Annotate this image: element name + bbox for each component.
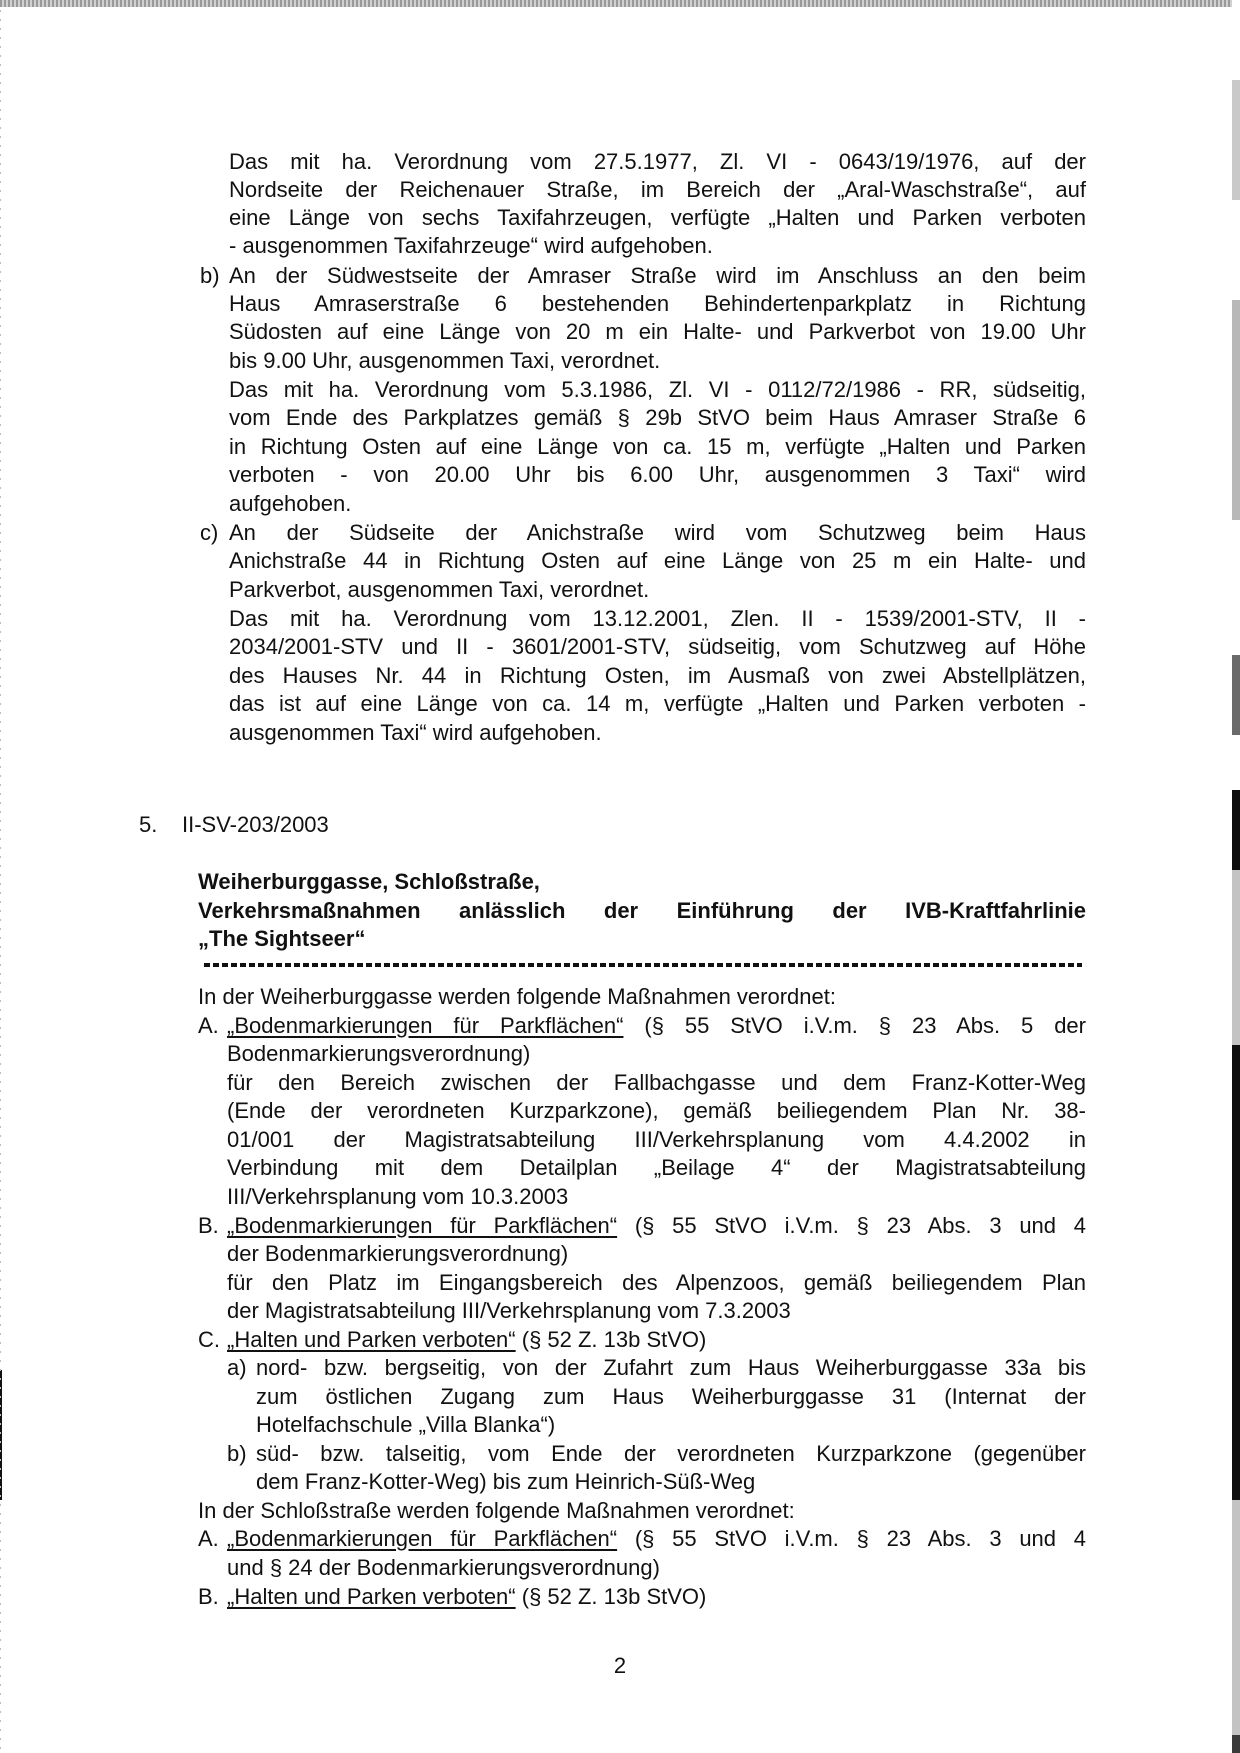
measure-legal-ref: (§ 52 Z. 13b StVO) bbox=[516, 1327, 707, 1352]
list-marker: B. bbox=[198, 1212, 219, 1240]
text-line: eine Länge von sechs Taxifahrzeugen, ver… bbox=[229, 204, 1086, 232]
text-line: und § 24 der Bodenmarkierungsverordnung) bbox=[227, 1554, 660, 1582]
measure-legal-ref: (§ 55 StVO i.V.m. § 23 Abs. 3 und 4 bbox=[617, 1526, 1086, 1551]
text-line: „Halten und Parken verboten“ (§ 52 Z. 13… bbox=[227, 1326, 706, 1354]
section-title-line: „The Sightseer“ bbox=[198, 925, 365, 953]
scan-edge-top bbox=[0, 0, 1240, 7]
text-line: „Bodenmarkierungen für Parkflächen“ (§ 5… bbox=[227, 1212, 1086, 1240]
text-line: III/Verkehrsplanung vom 10.3.2003 bbox=[227, 1183, 568, 1211]
text-line: Das mit ha. Verordnung vom 5.3.1986, Zl.… bbox=[229, 376, 1086, 404]
section-number: 5. bbox=[139, 811, 157, 839]
measure-title: „Halten und Parken verboten“ bbox=[227, 1584, 516, 1609]
text-line: „Bodenmarkierungen für Parkflächen“ (§ 5… bbox=[227, 1525, 1086, 1553]
text-line: der Magistratsabteilung III/Verkehrsplan… bbox=[227, 1297, 791, 1325]
text-line: ausgenommen Taxi“ wird aufgehoben. bbox=[229, 719, 602, 747]
section-title-line: Verkehrsmaßnahmen anlässlich der Einführ… bbox=[198, 897, 1086, 925]
text-line: zum östlichen Zugang zum Haus Weiherburg… bbox=[256, 1383, 1086, 1411]
measure-title: „Bodenmarkierungen für Parkflächen“ bbox=[227, 1013, 623, 1038]
text-line: Bodenmarkierungsverordnung) bbox=[227, 1040, 530, 1068]
text-line: An der Südseite der Anichstraße wird vom… bbox=[229, 519, 1086, 547]
list-marker: B. bbox=[198, 1583, 219, 1611]
text-line: 2034/2001-STV und II - 3601/2001-STV, sü… bbox=[229, 633, 1086, 661]
text-line: Das mit ha. Verordnung vom 13.12.2001, Z… bbox=[229, 605, 1086, 633]
scan-edge-left-dots bbox=[0, 10, 1, 1750]
text-line: süd- bzw. talseitig, vom Ende der verord… bbox=[256, 1440, 1086, 1468]
page-number: 2 bbox=[0, 1652, 1240, 1680]
scan-edge-right bbox=[1232, 0, 1240, 1753]
text-line: vom Ende des Parkplatzes gemäß § 29b StV… bbox=[229, 404, 1086, 432]
measure-title: „Bodenmarkierungen für Parkflächen“ bbox=[227, 1213, 617, 1238]
text-line: „Halten und Parken verboten“ (§ 52 Z. 13… bbox=[227, 1583, 706, 1611]
weiherburggasse-intro: In der Weiherburggasse werden folgende M… bbox=[198, 983, 836, 1011]
list-marker: b) bbox=[227, 1440, 247, 1468]
list-marker: c) bbox=[200, 519, 218, 547]
text-line: Südosten auf eine Länge von 20 m ein Hal… bbox=[229, 318, 1086, 346]
text-line: Hotelfachschule „Villa Blanka“) bbox=[256, 1411, 555, 1439]
dashed-separator bbox=[204, 963, 1082, 967]
text-line: 01/001 der Magistratsabteilung III/Verke… bbox=[227, 1126, 1086, 1154]
schlossstrasse-intro: In der Schloßstraße werden folgende Maßn… bbox=[198, 1497, 795, 1525]
text-line: in Richtung Osten auf eine Länge von ca.… bbox=[229, 433, 1086, 461]
list-marker: b) bbox=[200, 262, 220, 290]
text-line: Das mit ha. Verordnung vom 27.5.1977, Zl… bbox=[229, 148, 1086, 176]
measure-legal-ref: (§ 55 StVO i.V.m. § 23 Abs. 5 der bbox=[623, 1013, 1086, 1038]
list-marker: C. bbox=[198, 1326, 220, 1354]
text-line: für den Platz im Eingangsbereich des Alp… bbox=[227, 1269, 1086, 1297]
text-line: verboten - von 20.00 Uhr bis 6.00 Uhr, a… bbox=[229, 461, 1086, 489]
text-line: An der Südwestseite der Amraser Straße w… bbox=[229, 262, 1086, 290]
text-line: Haus Amraserstraße 6 bestehenden Behinde… bbox=[229, 290, 1086, 318]
measure-title: „Bodenmarkierungen für Parkflächen“ bbox=[227, 1526, 617, 1551]
text-line: der Bodenmarkierungsverordnung) bbox=[227, 1240, 568, 1268]
text-line: das ist auf eine Länge von ca. 14 m, ver… bbox=[229, 690, 1086, 718]
list-marker: A. bbox=[198, 1525, 219, 1553]
text-line: des Hauses Nr. 44 in Richtung Osten, im … bbox=[229, 662, 1086, 690]
text-line: - ausgenommen Taxifahrzeuge“ wird aufgeh… bbox=[229, 232, 713, 260]
text-line: Parkverbot, ausgenommen Taxi, verordnet. bbox=[229, 576, 649, 604]
text-line: (Ende der verordneten Kurzparkzone), gem… bbox=[227, 1097, 1086, 1125]
text-line: Nordseite der Reichenauer Straße, im Ber… bbox=[229, 176, 1086, 204]
text-line: dem Franz-Kotter-Weg) bis zum Heinrich-S… bbox=[256, 1468, 755, 1496]
measure-legal-ref: (§ 55 StVO i.V.m. § 23 Abs. 3 und 4 bbox=[617, 1213, 1086, 1238]
text-line: „Bodenmarkierungen für Parkflächen“ (§ 5… bbox=[227, 1012, 1086, 1040]
text-line: bis 9.00 Uhr, ausgenommen Taxi, verordne… bbox=[229, 347, 660, 375]
list-marker: A. bbox=[198, 1012, 219, 1040]
list-marker: a) bbox=[227, 1354, 247, 1382]
measure-legal-ref: (§ 52 Z. 13b StVO) bbox=[516, 1584, 707, 1609]
section-reference: II-SV-203/2003 bbox=[182, 811, 329, 839]
text-line: aufgehoben. bbox=[229, 490, 351, 518]
text-line: Verbindung mit dem Detailplan „Beilage 4… bbox=[227, 1154, 1086, 1182]
section-title-line: Weiherburggasse, Schloßstraße, bbox=[198, 868, 540, 896]
measure-title: „Halten und Parken verboten“ bbox=[227, 1327, 516, 1352]
text-line: Anichstraße 44 in Richtung Osten auf ein… bbox=[229, 547, 1086, 575]
text-line: nord- bzw. bergseitig, von der Zufahrt z… bbox=[256, 1354, 1086, 1382]
text-line: für den Bereich zwischen der Fallbachgas… bbox=[227, 1069, 1086, 1097]
